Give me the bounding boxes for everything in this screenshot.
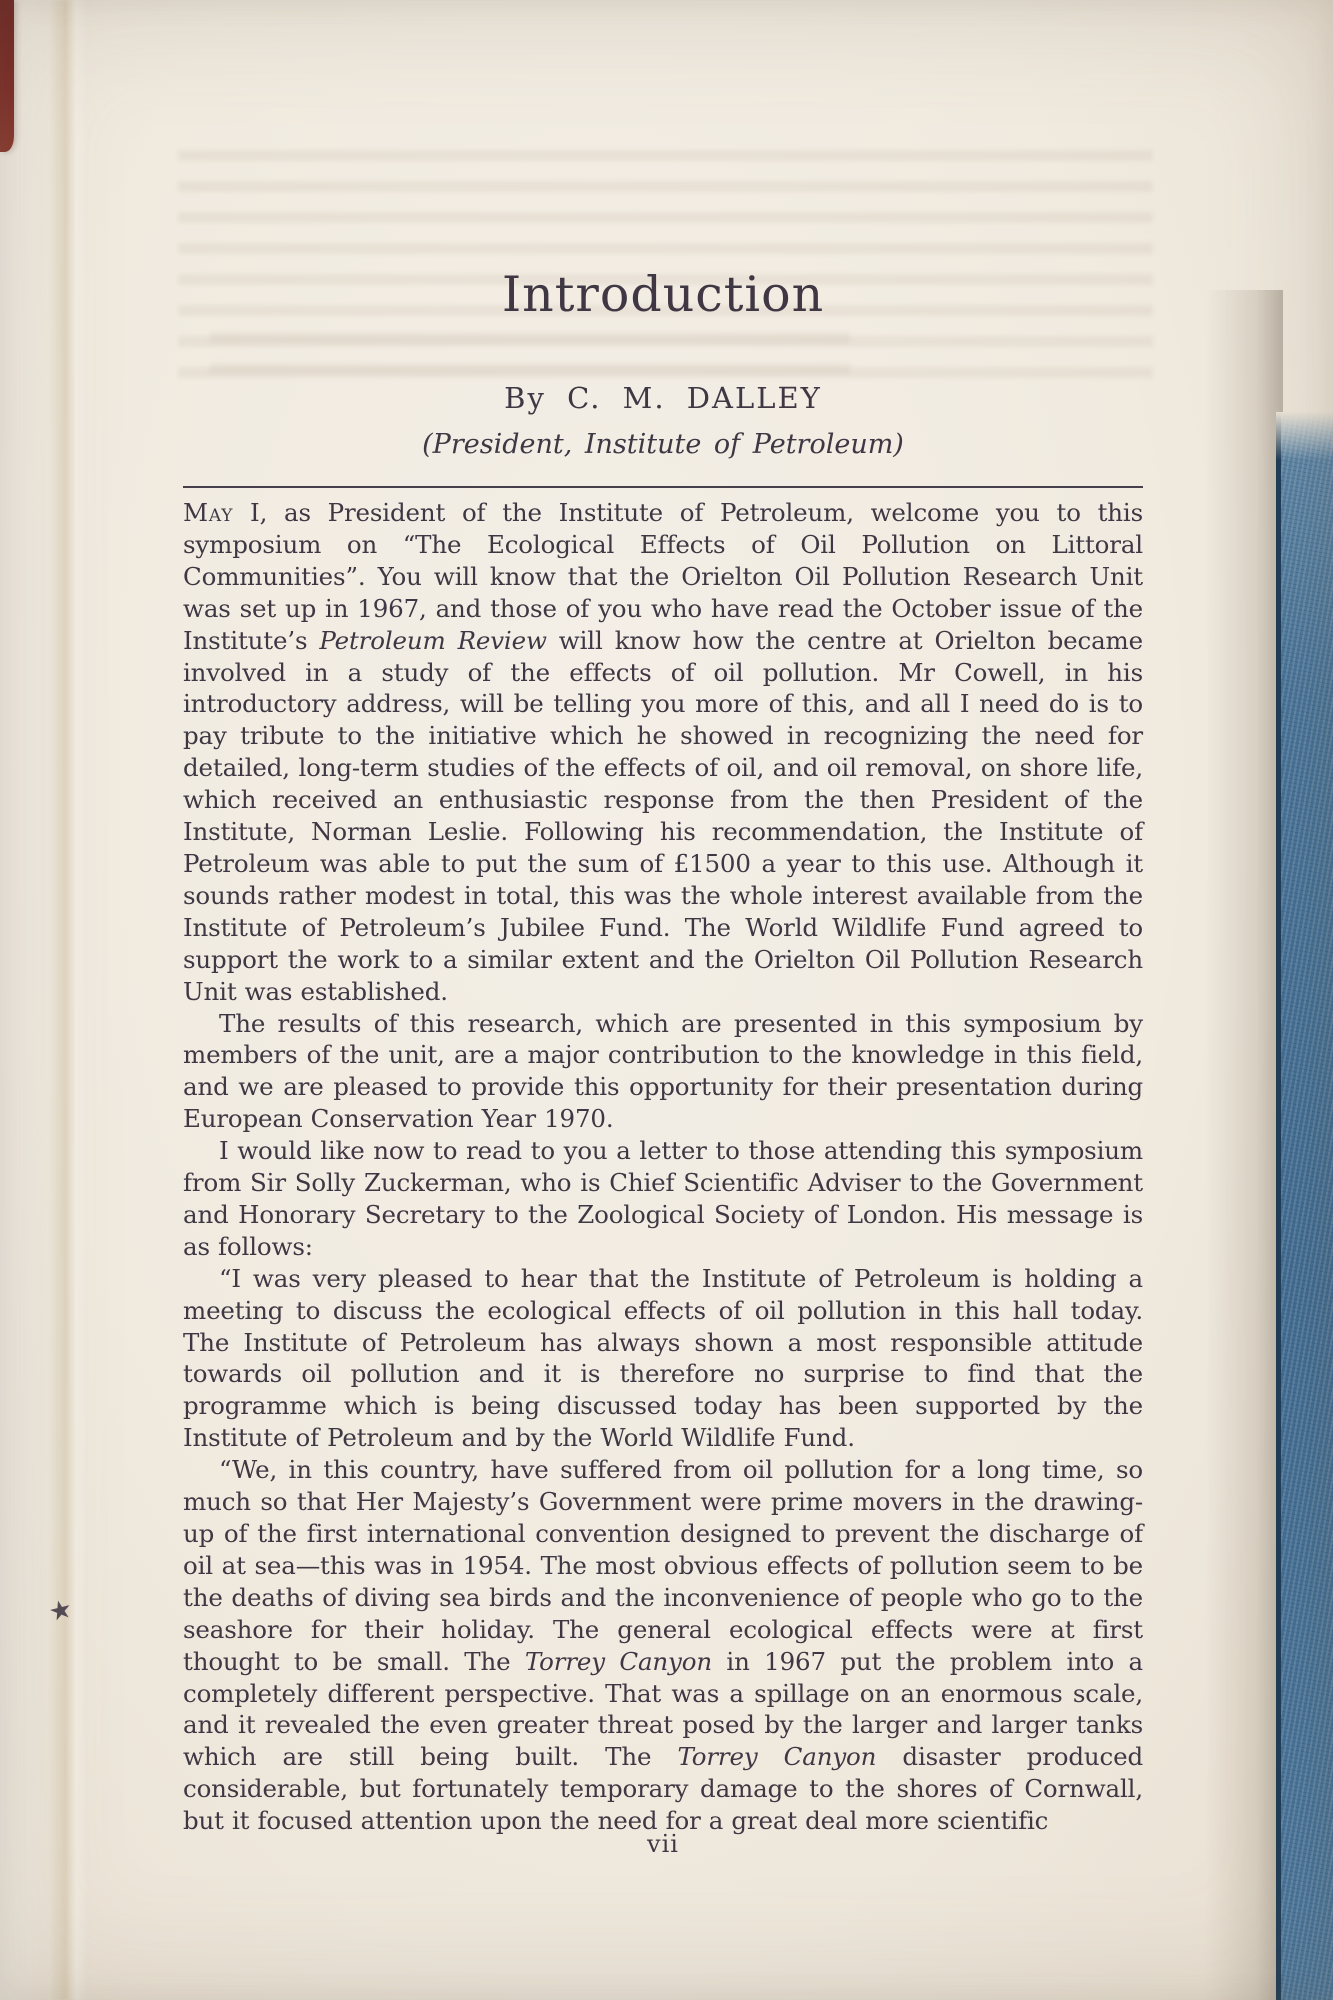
text-run: The results of this research, which are …: [183, 1009, 1143, 1134]
body-text: May I, as President of the Institute of …: [183, 497, 1143, 1837]
book-binding-cloth: [1276, 412, 1333, 2000]
body-paragraph: I would like now to read to you a letter…: [183, 1135, 1143, 1263]
author-affiliation: (President, Institute of Petroleum): [183, 429, 1143, 460]
scanned-book-page: { "page": { "title": "Introduction", "by…: [0, 0, 1333, 2000]
page-left-edge-highlight: [0, 0, 54, 2000]
page-title: Introduction: [183, 268, 1143, 322]
author-byline: By C. M. DALLEY: [183, 381, 1143, 415]
text-run: will know how the centre at Orielton bec…: [183, 626, 1143, 1006]
body-paragraph: The results of this research, which are …: [183, 1008, 1143, 1136]
divider-rule: [183, 486, 1143, 488]
page-gutter-crease: [50, 0, 88, 2000]
text-run: I would like now to read to you a letter…: [183, 1136, 1143, 1261]
body-paragraph: “I was very pleased to hear that the Ins…: [183, 1263, 1143, 1454]
page-edge-shadow: [1205, 290, 1283, 2000]
body-paragraph: May I, as President of the Institute of …: [183, 497, 1143, 1008]
text-run: Torrey Canyon: [525, 1647, 712, 1676]
text-run: “I was very pleased to hear that the Ins…: [183, 1264, 1143, 1453]
text-run: Torrey Canyon: [677, 1742, 876, 1771]
text-run: “We, in this country, have suffered from…: [183, 1455, 1143, 1675]
corner-binding-stain: [0, 0, 14, 152]
text-run: Petroleum Review: [319, 626, 546, 655]
page-number: vii: [183, 1830, 1143, 1858]
text-run: May: [183, 498, 233, 527]
body-paragraph: “We, in this country, have suffered from…: [183, 1454, 1143, 1837]
